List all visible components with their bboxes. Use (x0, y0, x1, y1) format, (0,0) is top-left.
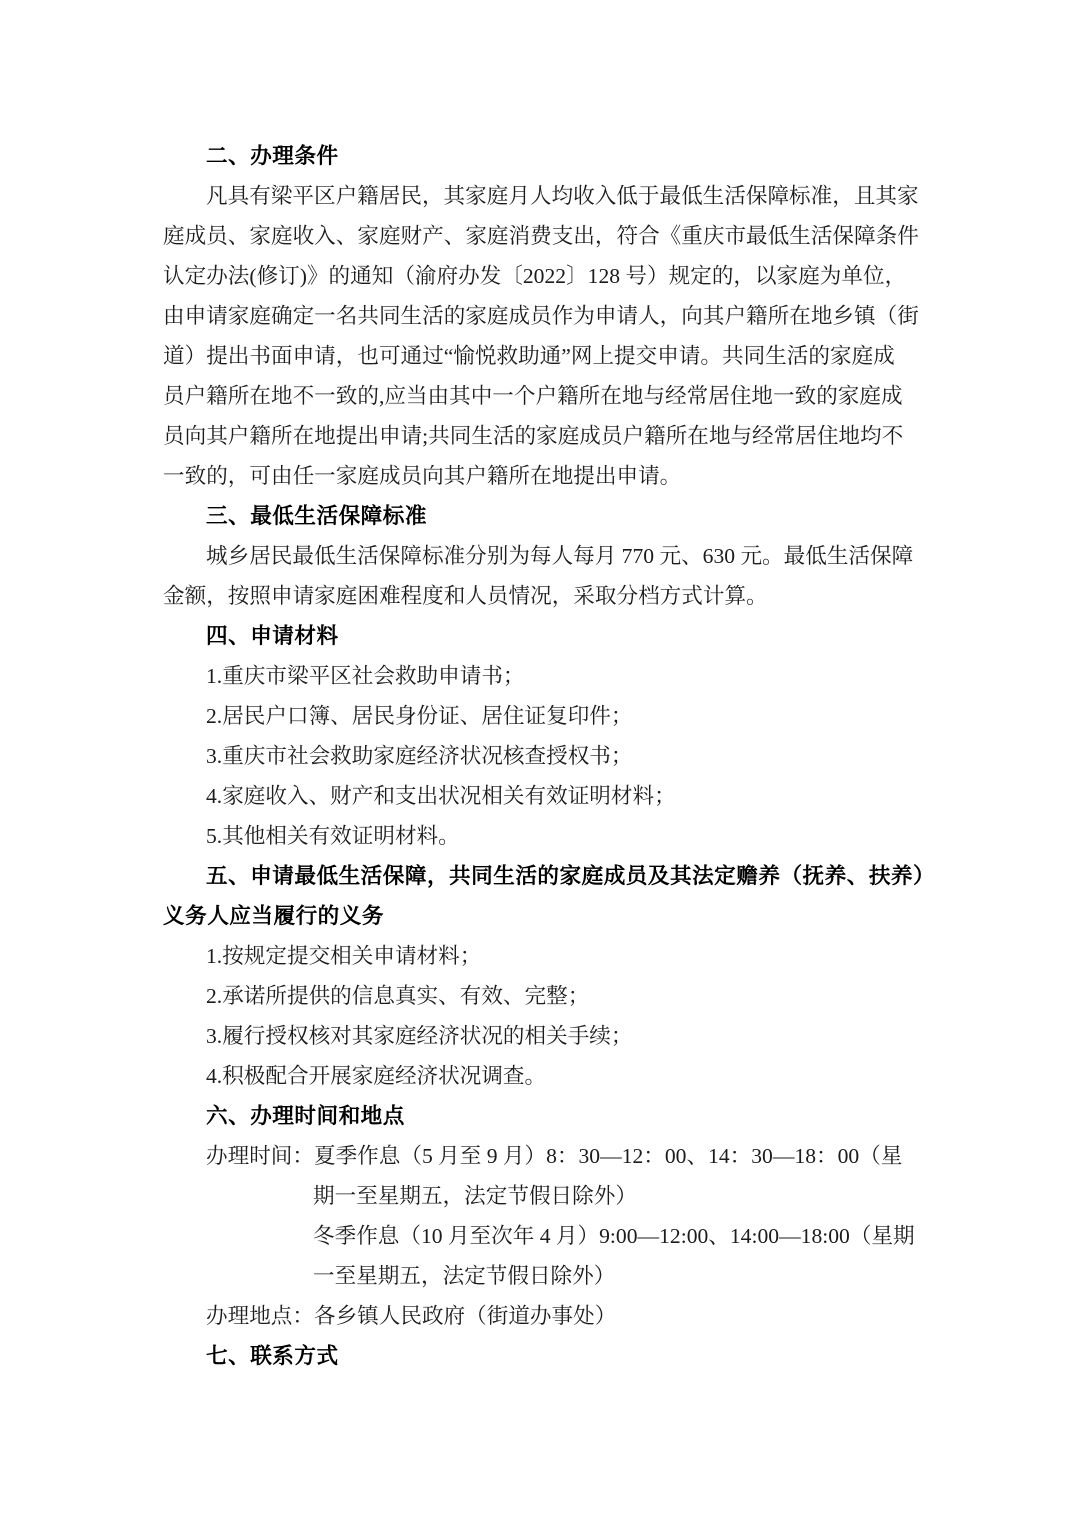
obligation-list-item: 1.按规定提交相关申请材料； (163, 936, 935, 976)
office-hours-line: 期一至星期五，法定节假日除外） (163, 1176, 935, 1216)
office-hours-line: 办理时间：夏季作息（5 月至 9 月）8：30—12：00、14：30—18：0… (163, 1136, 935, 1176)
office-hours-line: 一至星期五，法定节假日除外） (163, 1256, 935, 1296)
section-3-para-line: 城乡居民最低生活保障标准分别为每人每月 770 元、630 元。最低生活保障 (163, 536, 935, 576)
section-5-heading-line-2: 义务人应当履行的义务 (163, 896, 935, 936)
material-list-item: 2.居民户口簿、居民身份证、居住证复印件； (163, 696, 935, 736)
material-list-item: 1.重庆市梁平区社会救助申请书； (163, 656, 935, 696)
section-7-heading: 七、联系方式 (163, 1336, 935, 1376)
section-2-para-line: 一致的，可由任一家庭成员向其户籍所在地提出申请。 (163, 456, 935, 496)
section-3-para-line: 金额，按照申请家庭困难程度和人员情况，采取分档方式计算。 (163, 576, 935, 616)
office-hours-summer: 夏季作息（5 月至 9 月）8：30—12：00、14：30—18：00（星 (314, 1144, 902, 1168)
section-5-heading-line-1: 五、申请最低生活保障，共同生活的家庭成员及其法定赡养（抚养、扶养） (163, 856, 935, 896)
material-list-item: 3.重庆市社会救助家庭经济状况核查授权书； (163, 736, 935, 776)
section-2-para-line: 庭成员、家庭收入、家庭财产、家庭消费支出，符合《重庆市最低生活保障条件 (163, 216, 935, 256)
document-page: { "doc": { "s2": { "heading": "二、办理条件", … (0, 0, 1074, 1520)
office-hours-label: 办理时间： (206, 1144, 314, 1168)
office-location-label: 办理地点： (206, 1304, 314, 1328)
office-hours-line: 冬季作息（10 月至次年 4 月）9:00—12:00、14:00—18:00（… (163, 1216, 935, 1256)
material-list-item: 5.其他相关有效证明材料。 (163, 816, 935, 856)
section-2-para-line: 道）提出书面申请，也可通过“愉悦救助通”网上提交申请。共同生活的家庭成 (163, 336, 935, 376)
section-2-para-line: 认定办法(修订)》的通知（渝府办发〔2022〕128 号）规定的，以家庭为单位， (163, 256, 935, 296)
section-2-para-line: 员向其户籍所在地提出申请;共同生活的家庭成员户籍所在地与经常居住地均不 (163, 416, 935, 456)
document-body: 二、办理条件 凡具有梁平区户籍居民，其家庭月人均收入低于最低生活保障标准，且其家… (163, 136, 935, 1376)
page-background: 二、办理条件 凡具有梁平区户籍居民，其家庭月人均收入低于最低生活保障标准，且其家… (0, 0, 1074, 1520)
section-2-para-line: 由申请家庭确定一名共同生活的家庭成员作为申请人，向其户籍所在地乡镇（街 (163, 296, 935, 336)
section-6-heading: 六、办理时间和地点 (163, 1096, 935, 1136)
section-2-para-line: 凡具有梁平区户籍居民，其家庭月人均收入低于最低生活保障标准，且其家 (163, 176, 935, 216)
obligation-list-item: 3.履行授权核对其家庭经济状况的相关手续； (163, 1016, 935, 1056)
section-2-para-line: 员户籍所在地不一致的,应当由其中一个户籍所在地与经常居住地一致的家庭成 (163, 376, 935, 416)
material-list-item: 4.家庭收入、财产和支出状况相关有效证明材料； (163, 776, 935, 816)
section-4-heading: 四、申请材料 (163, 616, 935, 656)
obligation-list-item: 4.积极配合开展家庭经济状况调查。 (163, 1056, 935, 1096)
section-2-heading: 二、办理条件 (163, 136, 935, 176)
office-location-line: 办理地点：各乡镇人民政府（街道办事处） (163, 1296, 935, 1336)
section-3-heading: 三、最低生活保障标准 (163, 496, 935, 536)
obligation-list-item: 2.承诺所提供的信息真实、有效、完整； (163, 976, 935, 1016)
office-location-text: 各乡镇人民政府（街道办事处） (314, 1304, 616, 1328)
